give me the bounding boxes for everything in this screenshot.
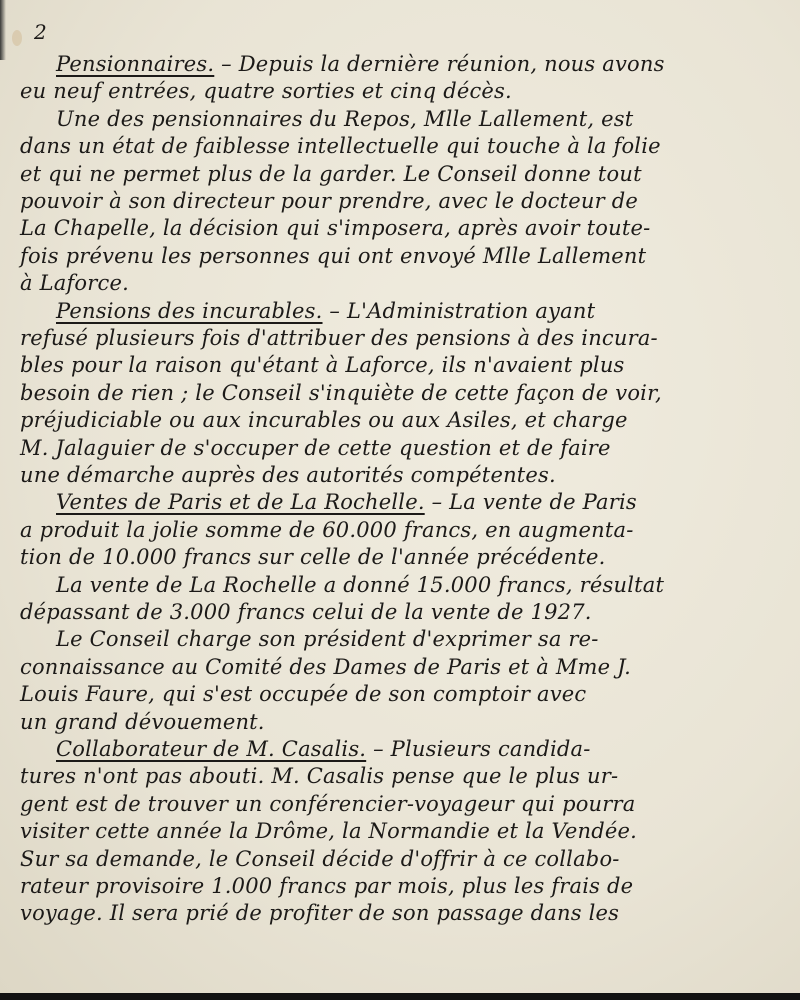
paper-stain <box>12 30 22 46</box>
text-line: voyage. Il sera prié de profiter de son … <box>20 899 740 927</box>
scan-bottom-edge <box>0 993 800 1000</box>
text-line: tures n'ont pas abouti. M. Casalis pense… <box>20 762 740 790</box>
text-line: Louis Faure, qui s'est occupée de son co… <box>20 680 740 708</box>
text-line: La vente de La Rochelle a donné 15.000 f… <box>56 571 776 599</box>
text-line: bles pour la raison qu'étant à Laforce, … <box>20 351 740 379</box>
text-line: refusé plusieurs fois d'attribuer des pe… <box>20 324 740 352</box>
text-line: Le Conseil charge son président d'exprim… <box>56 625 776 653</box>
text-line: fois prévenu les personnes qui ont envoy… <box>20 242 740 270</box>
section-heading-incurables: Pensions des incurables. <box>56 299 323 323</box>
text-line: Sur sa demande, le Conseil décide d'offr… <box>20 845 740 873</box>
text-line: rateur provisoire 1.000 francs par mois,… <box>20 872 740 900</box>
section-pensionnaires-line-1: Pensionnaires. – Depuis la dernière réun… <box>56 50 776 78</box>
text-line: tion de 10.000 francs sur celle de l'ann… <box>20 543 740 571</box>
text-line: besoin de rien ; le Conseil s'inquiète d… <box>20 379 740 407</box>
text-line: La Chapelle, la décision qui s'imposera,… <box>20 214 740 242</box>
manuscript-page: 2 Pensionnaires. – Depuis la dernière ré… <box>0 0 800 993</box>
text-line: connaissance au Comité des Dames de Pari… <box>20 653 740 681</box>
text-line: a produit la jolie somme de 60.000 franc… <box>20 516 740 544</box>
text-line: préjudiciable ou aux incurables ou aux A… <box>20 406 740 434</box>
text-line: dans un état de faiblesse intellectuelle… <box>20 132 740 160</box>
text-line: un grand dévouement. <box>20 708 740 736</box>
text-line: eu neuf entrées, quatre sorties et cinq … <box>20 77 740 105</box>
text-line: pouvoir à son directeur pour prendre, av… <box>20 187 740 215</box>
text-line: une démarche auprès des autorités compét… <box>20 461 740 489</box>
section-heading-ventes: Ventes de Paris et de La Rochelle. <box>56 490 425 514</box>
text-line: gent est de trouver un conférencier-voya… <box>20 790 740 818</box>
text-line: M. Jalaguier de s'occuper de cette quest… <box>20 434 740 462</box>
text-line: dépassant de 3.000 francs celui de la ve… <box>20 598 740 626</box>
text-line: et qui ne permet plus de la garder. Le C… <box>20 160 740 188</box>
text-line: à Laforce. <box>20 269 740 297</box>
page-number: 2 <box>34 20 47 44</box>
text-line: Une des pensionnaires du Repos, Mlle Lal… <box>56 105 776 133</box>
section-incurables-line-1: Pensions des incurables. – L'Administrat… <box>56 297 776 325</box>
section-ventes-line-1: Ventes de Paris et de La Rochelle. – La … <box>56 488 776 516</box>
page-edge-shadow <box>0 0 6 60</box>
text-line: visiter cette année la Drôme, la Normand… <box>20 817 740 845</box>
section-heading-pensionnaires: Pensionnaires. <box>56 52 214 76</box>
section-heading-collaborateur: Collaborateur de M. Casalis. <box>56 737 366 761</box>
section-collaborateur-line-1: Collaborateur de M. Casalis. – Plusieurs… <box>56 735 776 763</box>
